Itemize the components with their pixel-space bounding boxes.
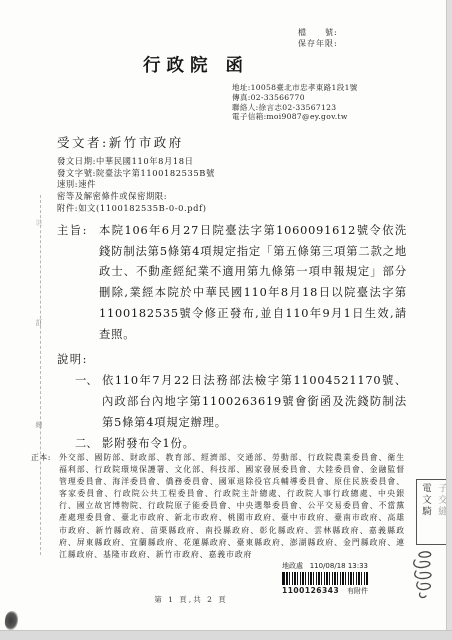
copy-to-text: 外交部、國防部、財政部、教育部、經濟部、交通部、勞動部、行政院農業委員會、衛生福… (59, 452, 405, 561)
subject-label: 主旨: (57, 221, 99, 345)
stamp-number: 1100126343 (282, 586, 339, 595)
file-no-label: 檔 號: (298, 28, 338, 39)
item-number: 一、 (75, 370, 102, 433)
binding-mark: 訂 (33, 318, 45, 328)
binding-mark: 線 (33, 420, 45, 430)
recipient-name: 新竹市政府 (109, 135, 184, 150)
receipt-stamp: 地政處 110/08/18 13:33 1100126343 有附件 (282, 561, 368, 596)
recipient-line: 受文者:新竹市政府 (57, 133, 184, 151)
stamp-note: 有附件 (347, 586, 368, 596)
stamp-squiggle-icon (408, 549, 438, 605)
description-item: 一、 依110年7月22日法務部法檢字第11004521170號、內政部台內地字… (75, 370, 407, 433)
description-section: 說明: 一、 依110年7月22日法務部法檢字第11004521170號、內政部… (57, 349, 407, 454)
description-item: 二、 影附發布令1份。 (75, 433, 407, 454)
sender-info-block: 地址:10058臺北市忠孝東路1段1號 傳真:02-33566770 聯絡人:徐… (232, 83, 358, 122)
sender-address: 地址:10058臺北市忠孝東路1段1號 (232, 83, 358, 93)
scan-edge-right (446, 0, 452, 640)
meta-line-docno: 發文字號:院臺法字第1100182535B號 (57, 168, 215, 180)
stamp-datetime: 110/08/18 13:33 (310, 562, 368, 570)
subject-section: 主旨: 本院106年6月27日院臺法字第1060091612號令依洗錢防制法第5… (57, 221, 407, 345)
item-number: 二、 (75, 433, 102, 454)
copy-to-section: 正本: 外交部、國防部、財政部、教育部、經濟部、交通部、勞動部、行政院農業委員會… (31, 452, 405, 561)
subject-text: 本院106年6月27日院臺法字第1060091612號令依洗錢防制法第5條第4項… (99, 221, 407, 345)
meta-line-secrecy: 密等及解密條件或保密期限: (57, 191, 215, 203)
scan-artifact (4, 610, 20, 631)
scan-edge-bottom (0, 630, 452, 640)
sender-email: 電子信箱:moi9087@ey.gov.tw (232, 112, 358, 122)
sender-contact: 聯絡人:徐言志02-33567123 (232, 103, 358, 113)
document-page: { "classification": { "file_label": "檔 號… (0, 0, 452, 640)
meta-block: 發文日期:中華民國110年8月18日 發文字號:院臺法字第1100182535B… (57, 156, 215, 215)
classification-block: 檔 號: 保存年限: (298, 28, 338, 49)
description-label: 說明: (57, 349, 407, 370)
item-text: 依110年7月22日法務部法檢字第11004521170號、內政部台內地字第11… (102, 370, 407, 433)
barcode (282, 572, 368, 585)
retention-label: 保存年限: (298, 39, 338, 50)
seam-stamp-text: 電文騎 (417, 480, 433, 544)
binding-mark: 裝 (33, 218, 45, 228)
copy-to-label: 正本: (31, 452, 59, 561)
item-text: 影附發布令1份。 (102, 433, 407, 454)
sender-fax: 傳真:02-33566770 (232, 93, 358, 103)
stamp-office: 地政處 (282, 561, 303, 571)
binding-line (40, 195, 41, 555)
meta-line-attachment: 附件:如文(1100182535B-0-0.pdf) (57, 203, 215, 215)
meta-line-speed: 速別:速件 (57, 179, 215, 191)
meta-line-date: 發文日期:中華民國110年8月18日 (57, 156, 215, 168)
recipient-label: 受文者: (57, 135, 109, 150)
agency-title: 行政院 函 (0, 52, 392, 77)
